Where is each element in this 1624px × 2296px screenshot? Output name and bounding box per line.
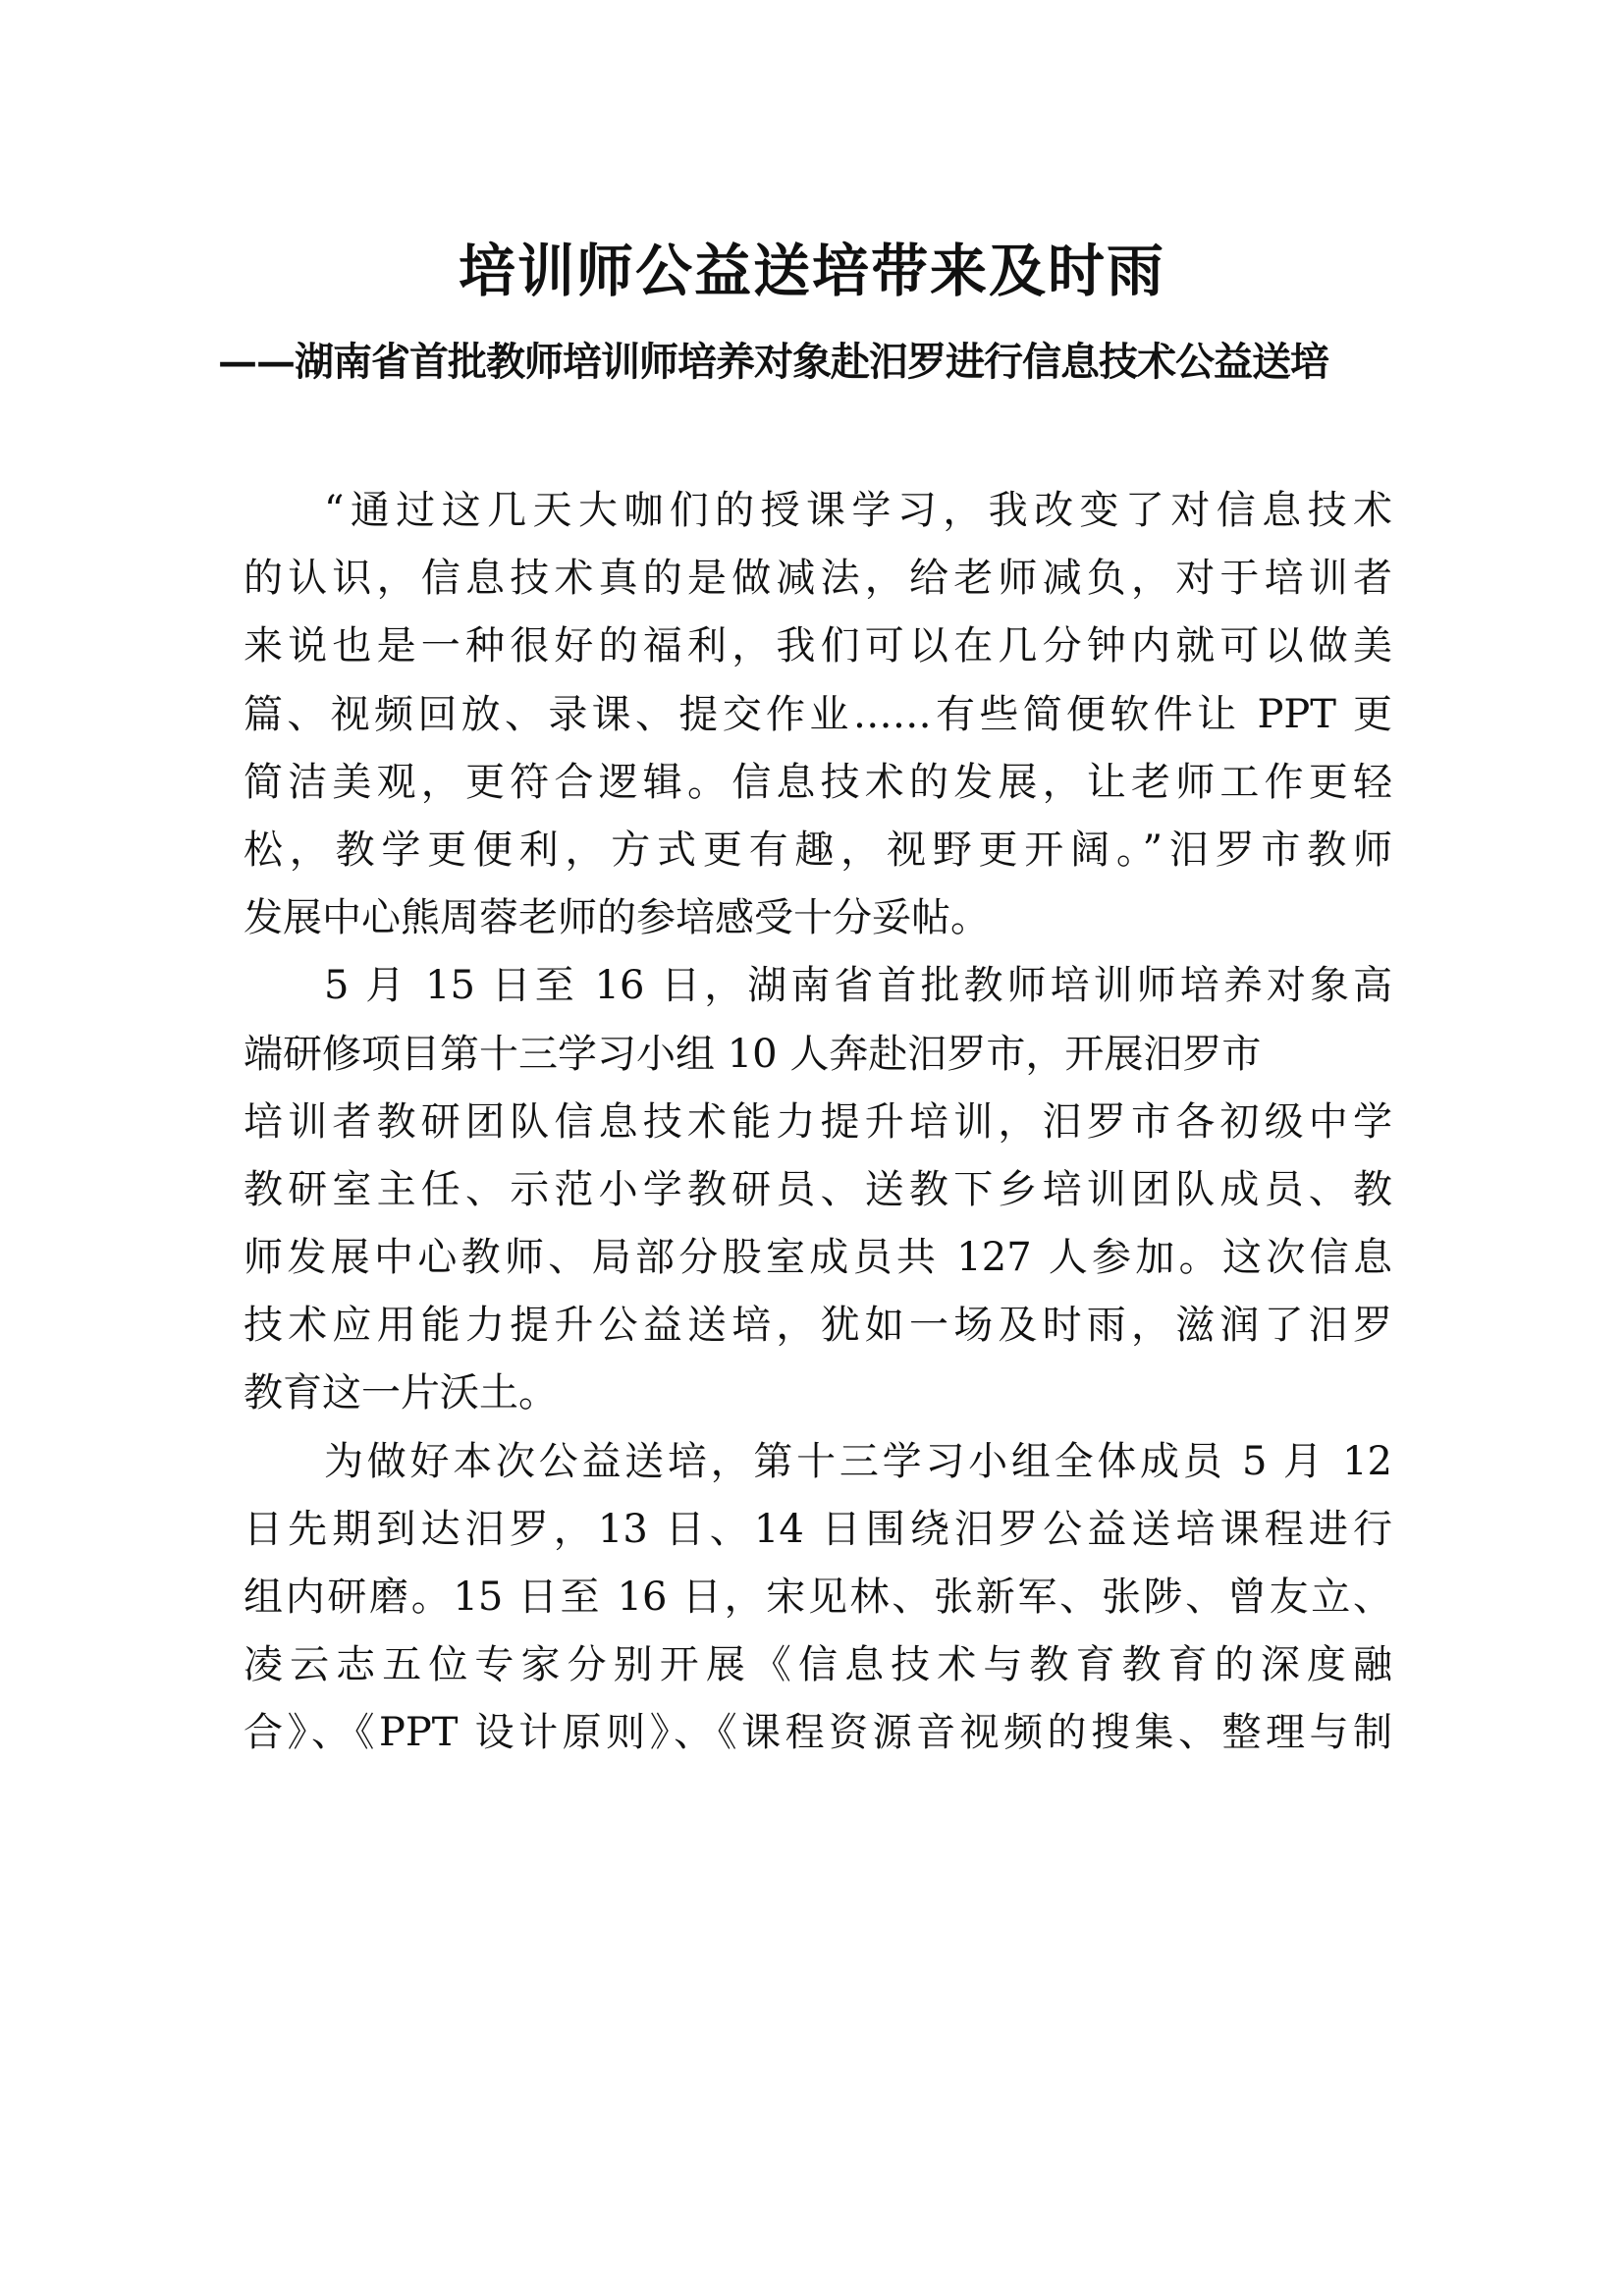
paragraph-line: 为做好本次公益送培，第十三学习小组全体成员 5 月 12 bbox=[244, 1428, 1392, 1496]
paragraph-line: 的认识，信息技术真的是做减法，给老师减负，对于培训者 bbox=[244, 545, 1392, 613]
paragraph-line: 松，教学更便利，方式更有趣，视野更开阔。”汨罗市教师 bbox=[244, 817, 1392, 884]
paragraph-1: “通过这几天大咖们的授课学习，我改变了对信息技术 的认识，信息技术真的是做减法，… bbox=[244, 477, 1392, 952]
paragraph-line: 技术应用能力提升公益送培，犹如一场及时雨，滋润了汨罗 bbox=[244, 1292, 1392, 1360]
paragraph-3: 为做好本次公益送培，第十三学习小组全体成员 5 月 12 日先期到达汨罗，13 … bbox=[244, 1428, 1392, 1768]
paragraph-line: 培训者教研团队信息技术能力提升培训，汨罗市各初级中学 bbox=[244, 1089, 1392, 1156]
paragraph-line: 端研修项目第十三学习小组 10 人奔赴汨罗市，开展汨罗市 bbox=[244, 1021, 1392, 1089]
paragraph-line: 师发展中心教师、局部分股室成员共 127 人参加。这次信息 bbox=[244, 1224, 1392, 1292]
paragraph-line: 教育这一片沃土。 bbox=[244, 1360, 1392, 1427]
paragraph-line: 凌云志五位专家分别开展《信息技术与教育教育的深度融 bbox=[244, 1631, 1392, 1699]
paragraph-line: 发展中心熊周蓉老师的参培感受十分妥帖。 bbox=[244, 884, 1392, 952]
document-title: 培训师公益送培带来及时雨 bbox=[0, 234, 1624, 308]
paragraph-line: 日先期到达汨罗，13 日、14 日围绕汨罗公益送培课程进行 bbox=[244, 1496, 1392, 1564]
paragraph-line: 简洁美观，更符合逻辑。信息技术的发展，让老师工作更轻 bbox=[244, 749, 1392, 817]
paragraph-line: 来说也是一种很好的福利，我们可以在几分钟内就可以做美 bbox=[244, 613, 1392, 680]
document-page: 培训师公益送培带来及时雨 ——湖南省首批教师培训师培养对象赴汨罗进行信息技术公益… bbox=[0, 0, 1624, 2296]
paragraph-line: 篇、视频回放、录课、提交作业……有些简便软件让 PPT 更 bbox=[244, 681, 1392, 749]
paragraph-line: “通过这几天大咖们的授课学习，我改变了对信息技术 bbox=[244, 477, 1392, 545]
paragraph-line: 组内研磨。15 日至 16 日，宋见林、张新军、张陟、曾友立、 bbox=[244, 1564, 1392, 1631]
paragraph-line: 合》、《PPT 设计原则》、《课程资源音视频的搜集、整理与制 bbox=[244, 1699, 1392, 1767]
paragraph-line: 教研室主任、示范小学教研员、送教下乡培训团队成员、教 bbox=[244, 1156, 1392, 1224]
document-subtitle: ——湖南省首批教师培训师培养对象赴汨罗进行信息技术公益送培 bbox=[218, 332, 1396, 393]
document-body: “通过这几天大咖们的授课学习，我改变了对信息技术 的认识，信息技术真的是做减法，… bbox=[244, 477, 1392, 1768]
paragraph-2: 5 月 15 日至 16 日，湖南省首批教师培训师培养对象高 端研修项目第十三学… bbox=[244, 952, 1392, 1427]
paragraph-line: 5 月 15 日至 16 日，湖南省首批教师培训师培养对象高 bbox=[244, 952, 1392, 1020]
